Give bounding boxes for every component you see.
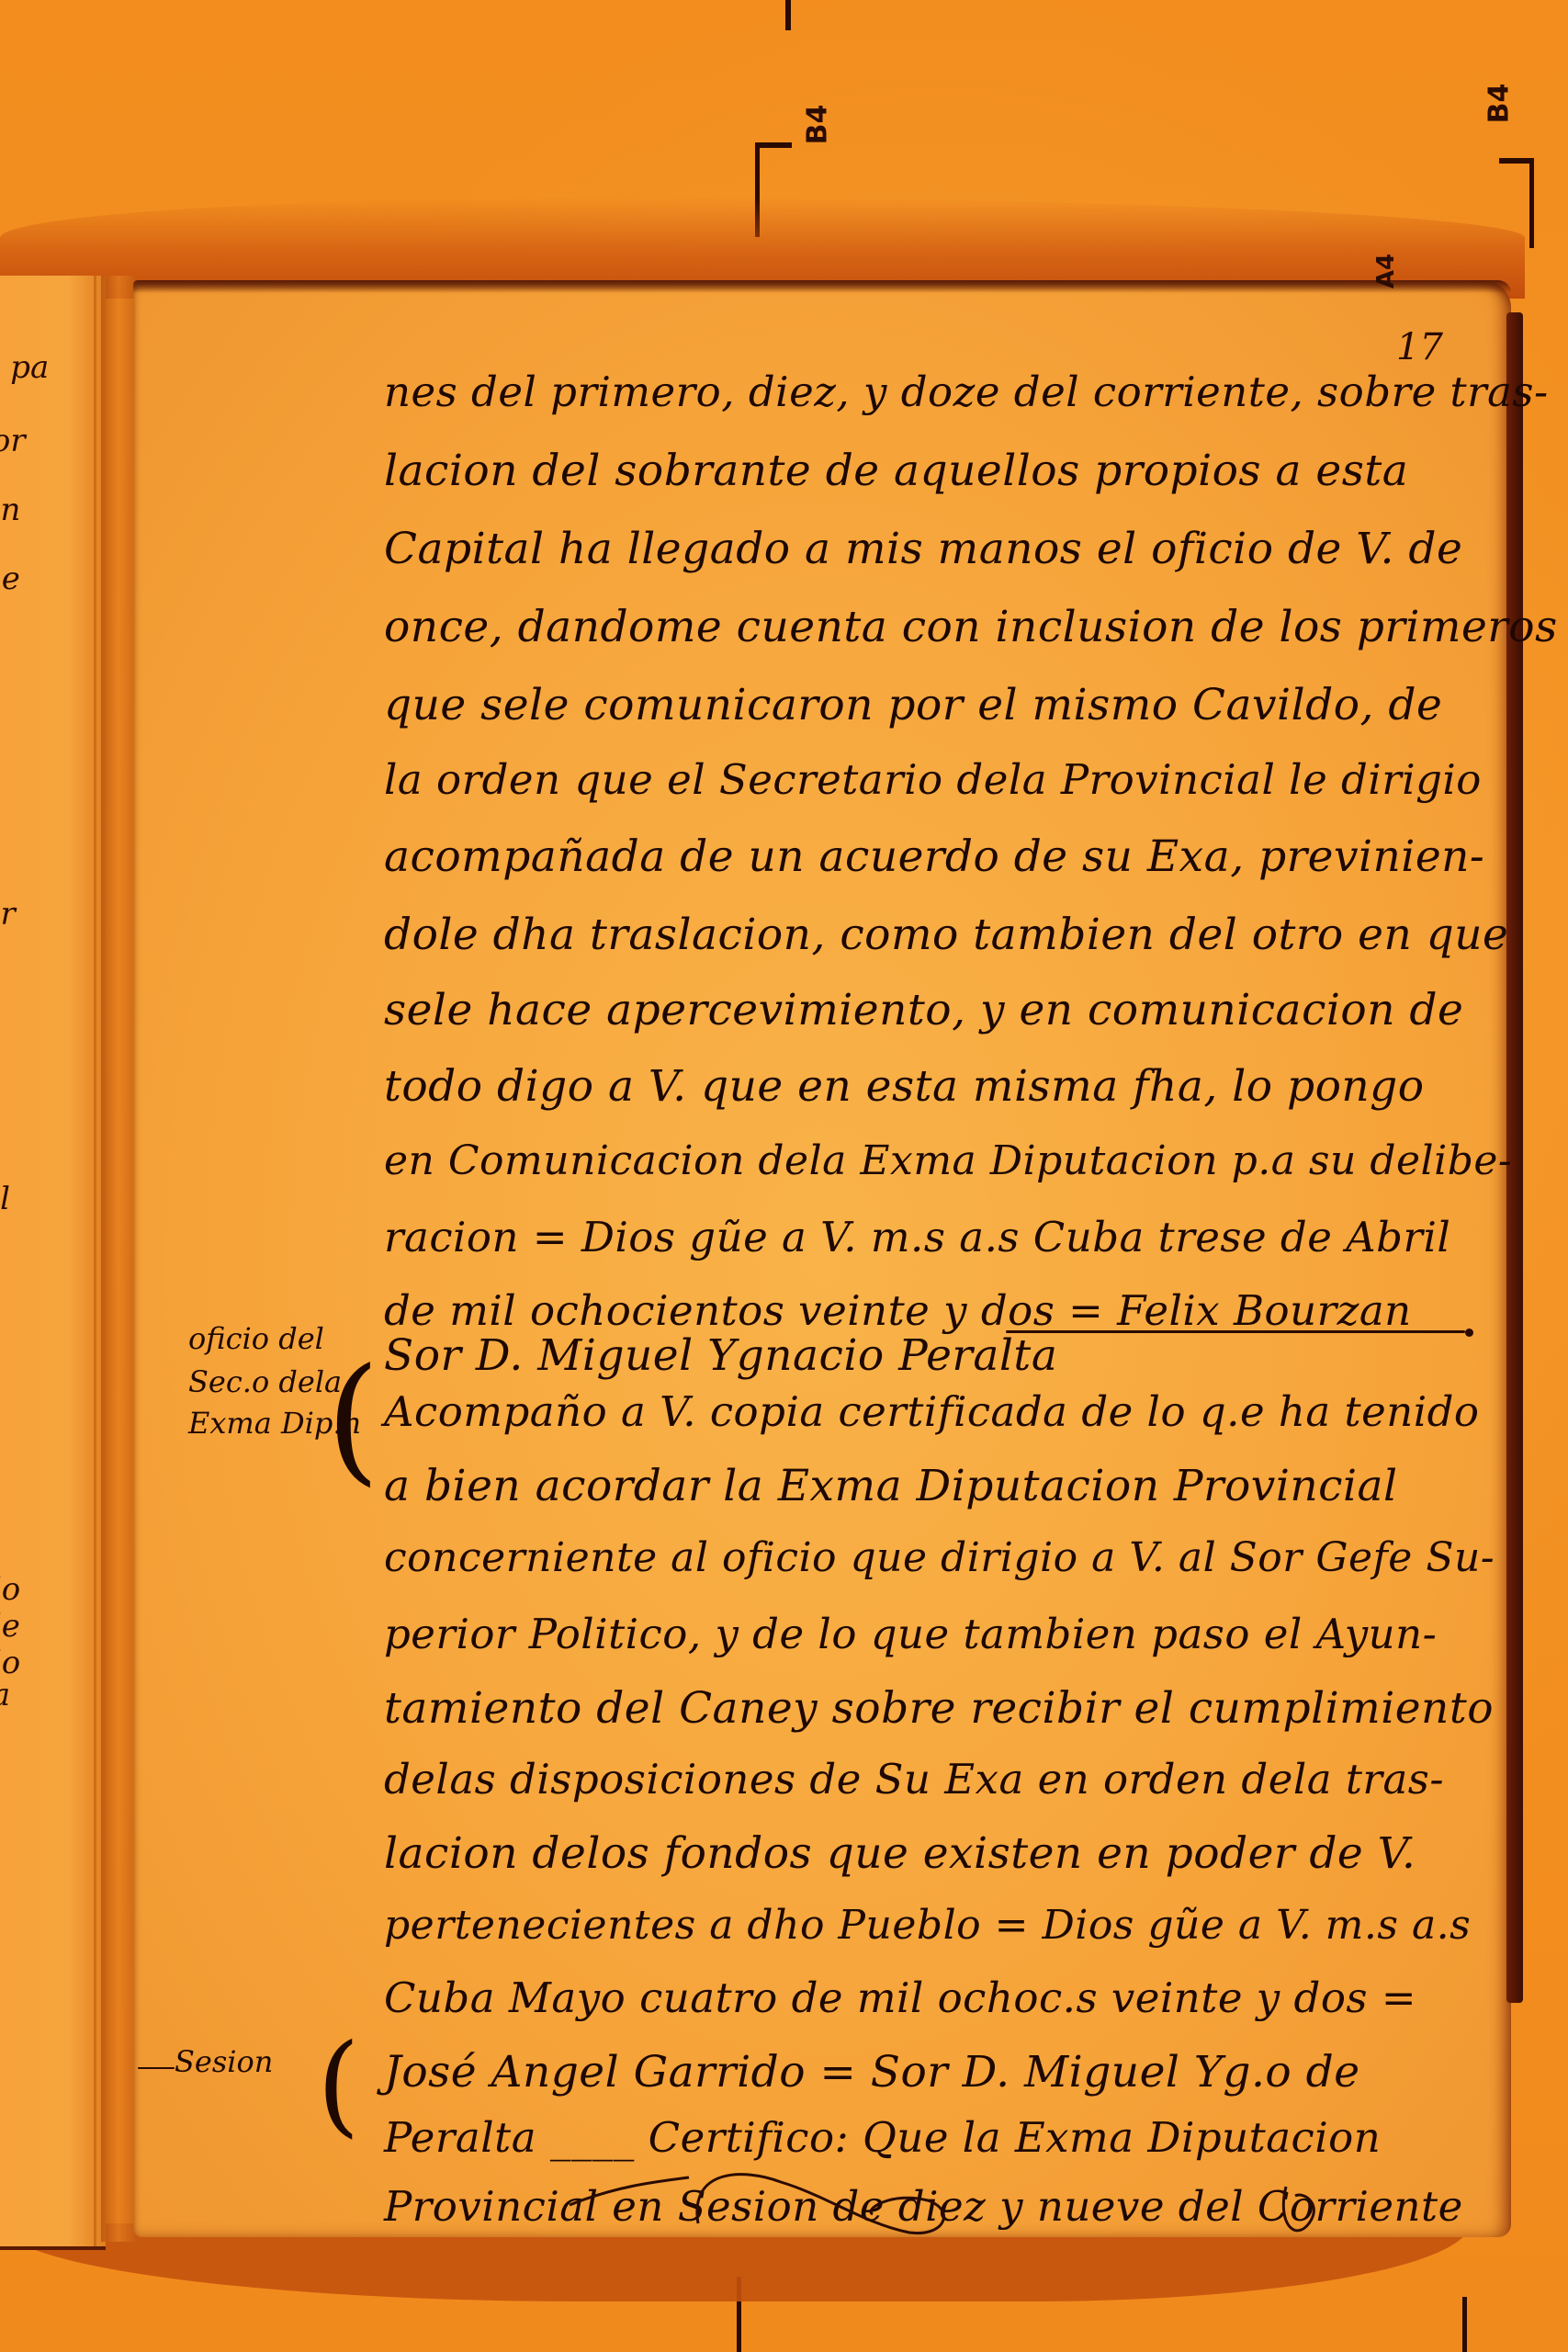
manuscript-line: Cuba Mayo cuatro de mil ochoc.s veinte y… [384,1973,1416,2022]
manuscript-line: en Comunicacion dela Exma Diputacion p.a… [384,1137,1512,1184]
left-fragment: on [0,492,20,528]
book-gutter [101,276,136,2242]
manuscript-line: que sele comunicaron por el mismo Cavild… [384,680,1442,730]
manuscript-line: tamiento del Caney sobre recibir el cump… [384,1683,1494,1734]
left-fragment: do [0,1571,20,1608]
manuscript-line: Peralta ____ Certifico: Que la Exma Dipu… [384,2113,1381,2162]
left-fragment: el [0,1181,10,1217]
manuscript-line: sele hace apercevimiento, y en comunicac… [384,985,1463,1035]
page-edge-label: A4 [1372,254,1400,288]
left-fragment: be [0,560,20,597]
left-fragment: do [0,1645,20,1681]
crop-mark-right-bracket-h [1499,158,1534,164]
manuscript-line: Sor D. Miguel Ygnacio Peralta [384,1330,1057,1381]
manuscript-line: pertenecientes a dho Pueblo = Dios gũe a… [384,1902,1471,1949]
left-fragment: de [0,1608,20,1645]
margin-note-oficio-line-1: oficio del [188,1321,324,1356]
page-number: 17 [1396,326,1443,368]
manuscript-line: lacion delos fondos que existen en poder… [384,1828,1416,1879]
sesion-lead-line [138,2067,175,2069]
left-page: o pa ior on be s a or e k ) el e a do de… [0,276,106,2250]
margin-note-sesion: Sesion [175,2044,273,2079]
left-fragment: k [0,1020,1,1057]
crop-label-right: B4 [1483,84,1515,124]
crop-mark-top-tick [785,0,791,30]
margin-brace: ( [326,1351,380,1488]
left-fragment: ior [0,423,26,459]
manuscript-line: Capital ha llegado a mis manos el oficio… [384,524,1462,574]
crop-mark-right-bracket-v [1529,161,1534,248]
left-fragment: la [0,1677,10,1713]
manuscript-line: acompañada de un acuerdo de su Exa, prev… [384,831,1484,882]
manuscript-line: lacion del sobrante de aquellos propios … [384,446,1408,496]
manuscript-line: perior Politico, y de lo que tambien pas… [384,1610,1437,1658]
manuscript-line: José Angel Garrido = Sor D. Miguel Yg.o … [384,2047,1360,2098]
left-fragment: or [0,896,16,933]
margin-note-oficio-line-2: Sec.o dela [188,1364,342,1399]
margin-brace: ( [317,2030,360,2141]
manuscript-line: a bien acordar la Exma Diputacion Provin… [384,1461,1398,1511]
manuscript-line: todo digo a V. que en esta misma fha, lo… [384,1061,1425,1112]
left-fragment: o pa [0,349,49,386]
manuscript-line: dole dha traslacion, como tambien del ot… [384,910,1508,960]
manuscript-line: de mil ochocientos veinte y dos = Felix … [384,1286,1412,1335]
manuscript-line: delas disposiciones de Su Exa en orden d… [384,1755,1444,1804]
manuscript-line: nes del primero, diez, y doze del corrie… [384,367,1549,416]
crop-mark-left-bracket-h [755,142,792,148]
manuscript-line: la orden que el Secretario dela Provinci… [384,755,1482,804]
left-page-margin-line [94,276,96,2246]
closing-flourish [230,2159,1332,2269]
crop-label-left: B4 [801,105,833,145]
manuscript-line: racion = Dios gũe a V. m.s a.s Cuba tres… [384,1213,1450,1261]
crop-mark-bottom-tick-right [1462,2297,1467,2352]
manuscript-line: Acompaño a V. copia certificada de lo q.… [384,1387,1480,1436]
line-flourish [1006,1330,1465,1333]
ink-dot [1465,1329,1473,1337]
manuscript-line: once, dandome cuenta con inclusion de lo… [384,602,1558,652]
manuscript-line: concerniente al oficio que dirigio a V. … [384,1534,1495,1581]
